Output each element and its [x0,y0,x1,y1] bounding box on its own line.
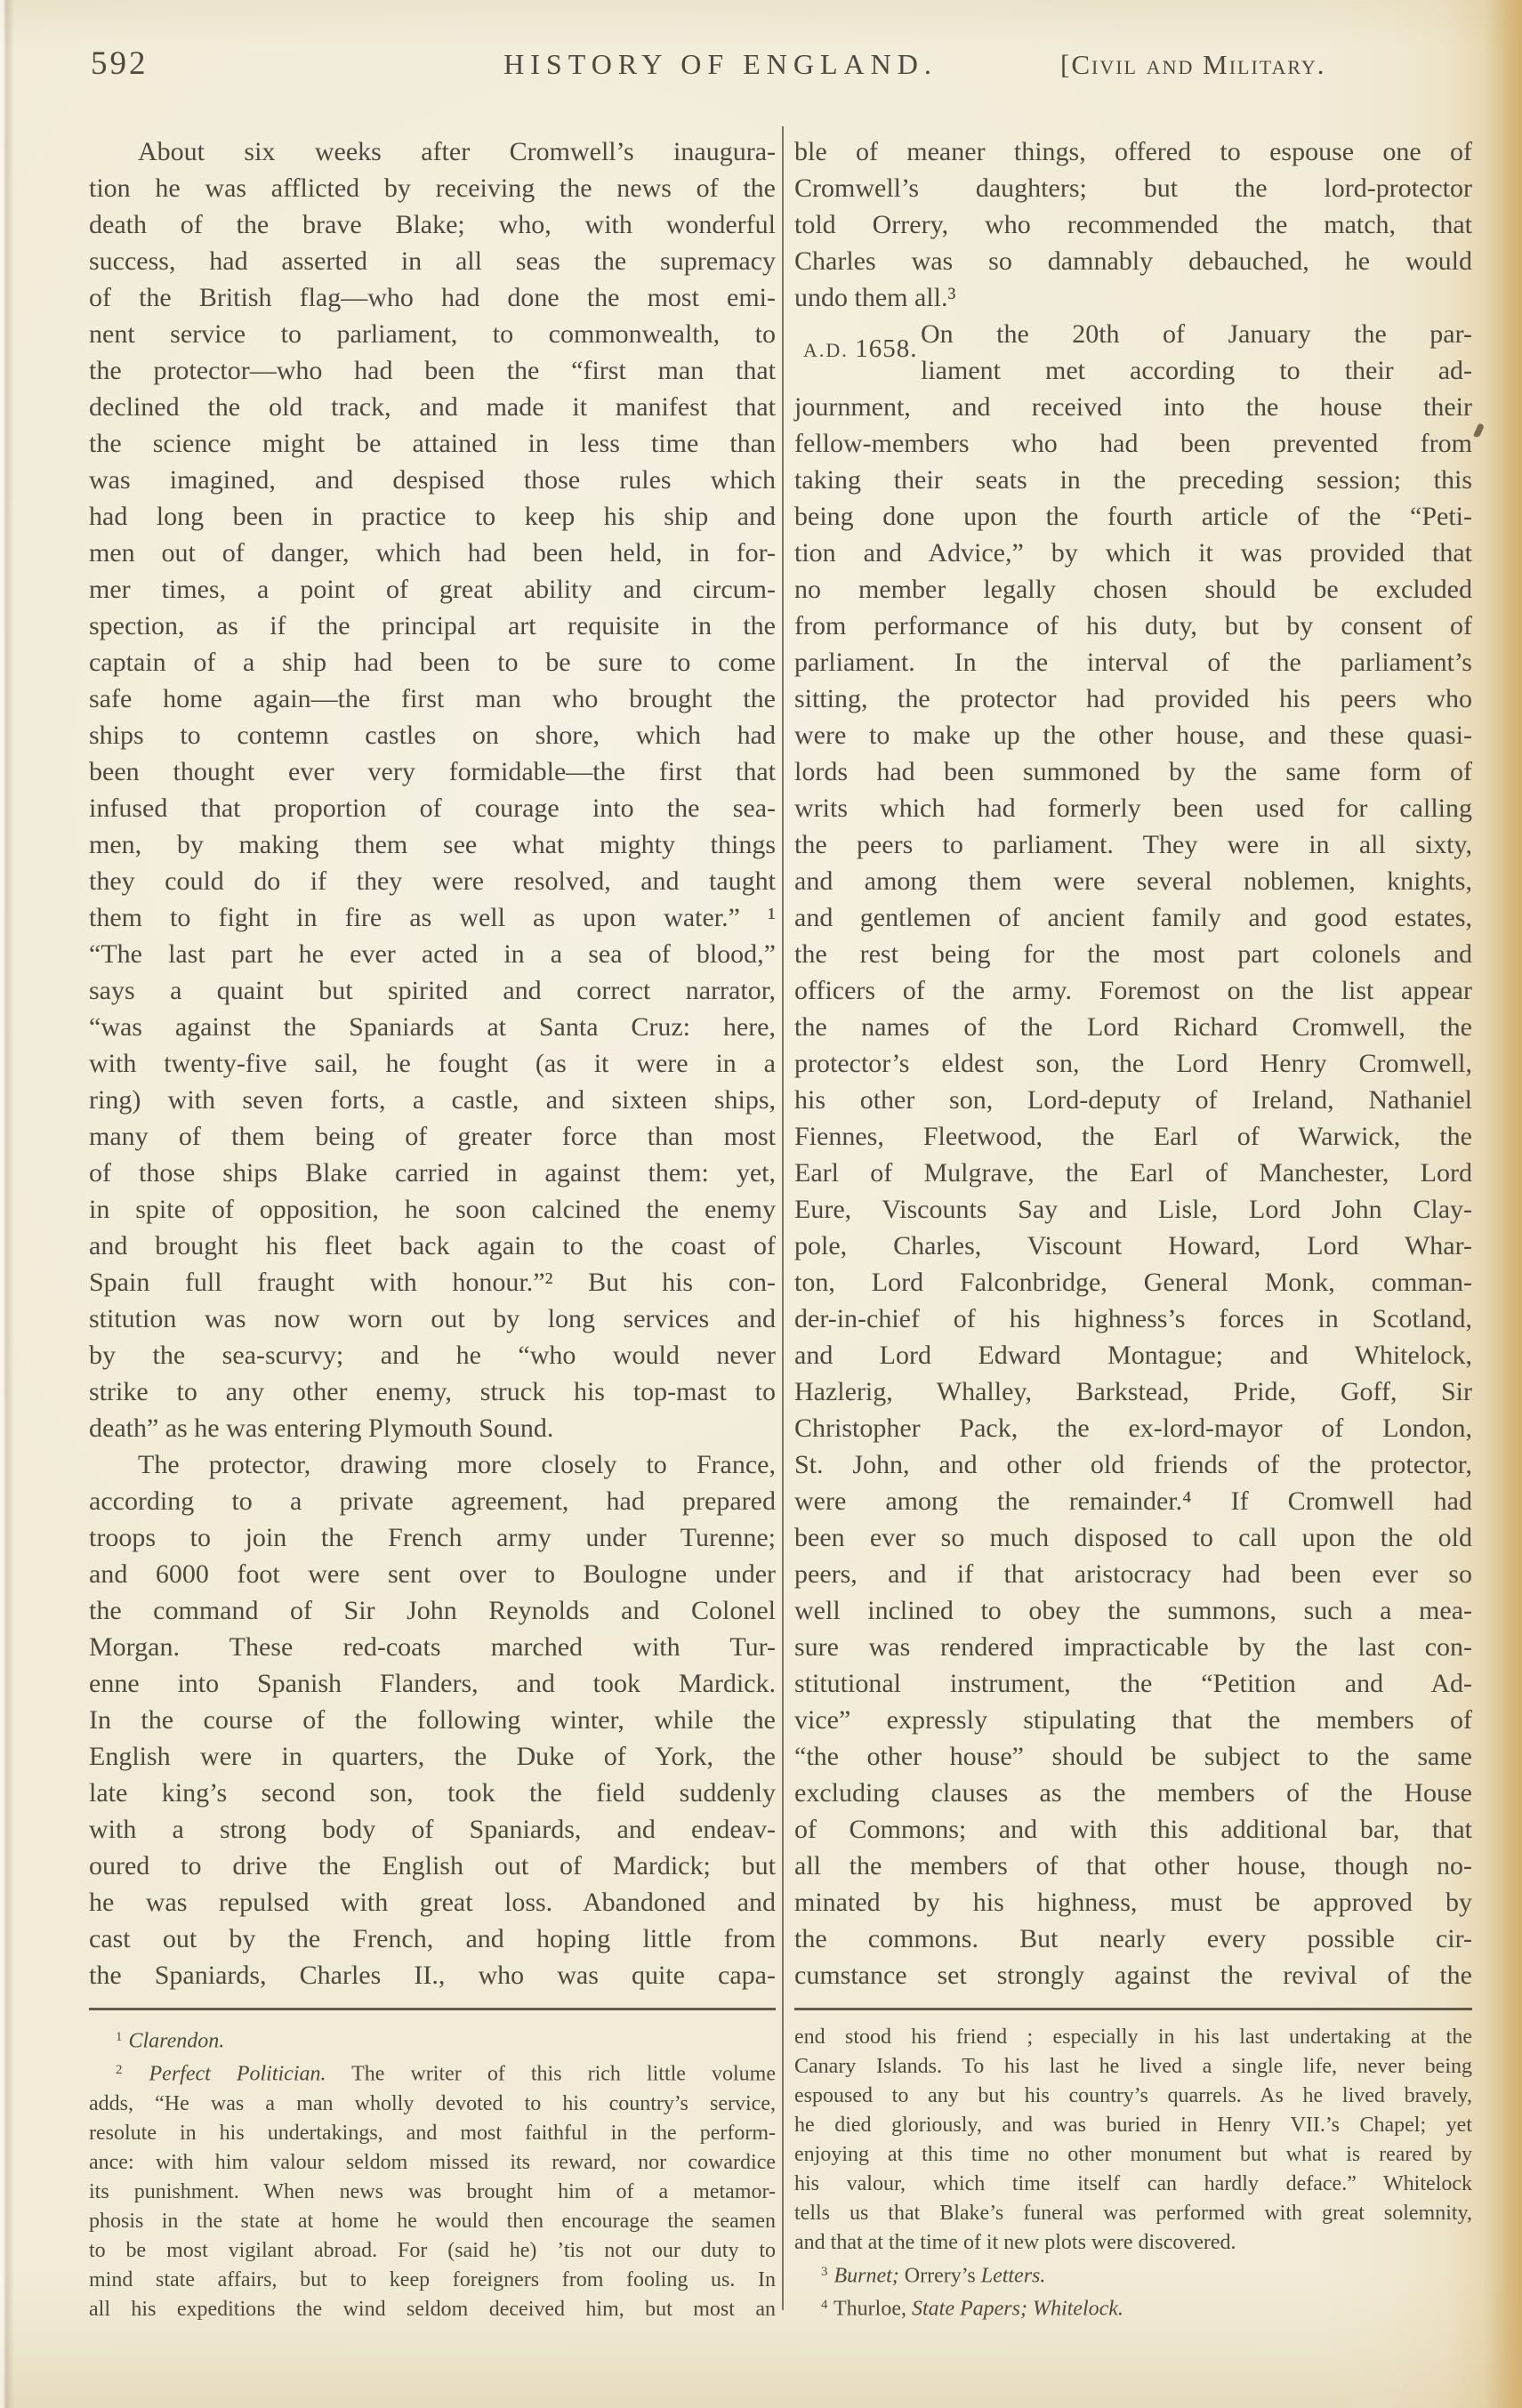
ink-speck [1473,423,1485,438]
footnote-1-marker: 1 [116,2030,123,2044]
running-title: HISTORY OF ENGLAND. [356,48,1085,81]
footnote-4-marker: 4 [821,2298,828,2312]
footnote-4: 4 Thurloe, State Papers; Whitelock. [794,2291,1472,2323]
footnote-rule-left [89,2008,776,2010]
book-page: 592 HISTORY OF ENGLAND. [Civil and Milit… [0,0,1522,2408]
footnote-3-middle-text: Orrery’s [899,2264,981,2287]
sidenote-year: 1658. [855,334,917,363]
footnote-2-text: adds, “He was a man wholly devoted to hi… [89,2090,776,2324]
footnote-1-source: Clarendon. [128,2029,224,2052]
footnote-4-work: State Papers; Whitelock. [912,2298,1123,2321]
sidenote-era: A.D. [803,339,849,361]
sidenote-date: A.D. 1658. [803,330,918,368]
footnote-2-marker: 2 [116,2063,123,2077]
footnote-3-source: Burnet; [833,2264,898,2287]
section-header: [Civil and Military. [1060,49,1325,81]
paragraph-parliament-body: journment, and received into the house t… [794,389,1472,1993]
footnote-2-continuation-last-line: and that at the time of it new plots wer… [794,2228,1472,2258]
paragraph-cromwell-daughters-last-line: undo them all.³ [794,279,1472,316]
footnote-2-first-line: 2 Perfect Politician. The writer of this… [89,2056,776,2089]
footnotes-right: end stood his friend ; especially in his… [794,2023,1472,2324]
paragraph-protector-france: The protector, drawing more closely to F… [89,1446,776,1993]
footnote-1: 1 Clarendon. [89,2023,776,2056]
paragraph-parliament-indented-lines: On the 20th of January the par- liament … [921,316,1472,389]
paragraph-blake: About six weeks after Cromwell’s inaugur… [89,133,776,1410]
column-divider [782,126,784,2310]
footnote-3: 3 Burnet; Orrery’s Letters. [794,2258,1472,2291]
paragraph-blake-last-line: death” as he was entering Plymouth Sound… [89,1410,776,1446]
page-number: 592 [91,44,149,83]
footnote-2-lead-text: The writer of this rich little volume [326,2063,777,2086]
footnote-3-marker: 3 [821,2265,828,2279]
footnotes-left: 1 Clarendon. 2 Perfect Politician. The w… [89,2023,776,2324]
footnote-2-source: Perfect Politician. [149,2063,326,2086]
footnote-4-lead-text: Thurloe, [833,2298,912,2321]
column-right: ble of meaner things, offered to espouse… [794,133,1472,2324]
footnote-2-continuation: end stood his friend ; especially in his… [794,2023,1472,2228]
column-left: About six weeks after Cromwell’s inaugur… [89,133,776,2324]
footnote-3-work: Letters. [981,2264,1046,2287]
paragraph-cromwell-daughters: ble of meaner things, offered to espouse… [794,133,1472,279]
footnote-rule-right [794,2008,1472,2010]
paragraph-parliament-head: A.D. 1658. On the 20th of January the pa… [921,316,1472,389]
